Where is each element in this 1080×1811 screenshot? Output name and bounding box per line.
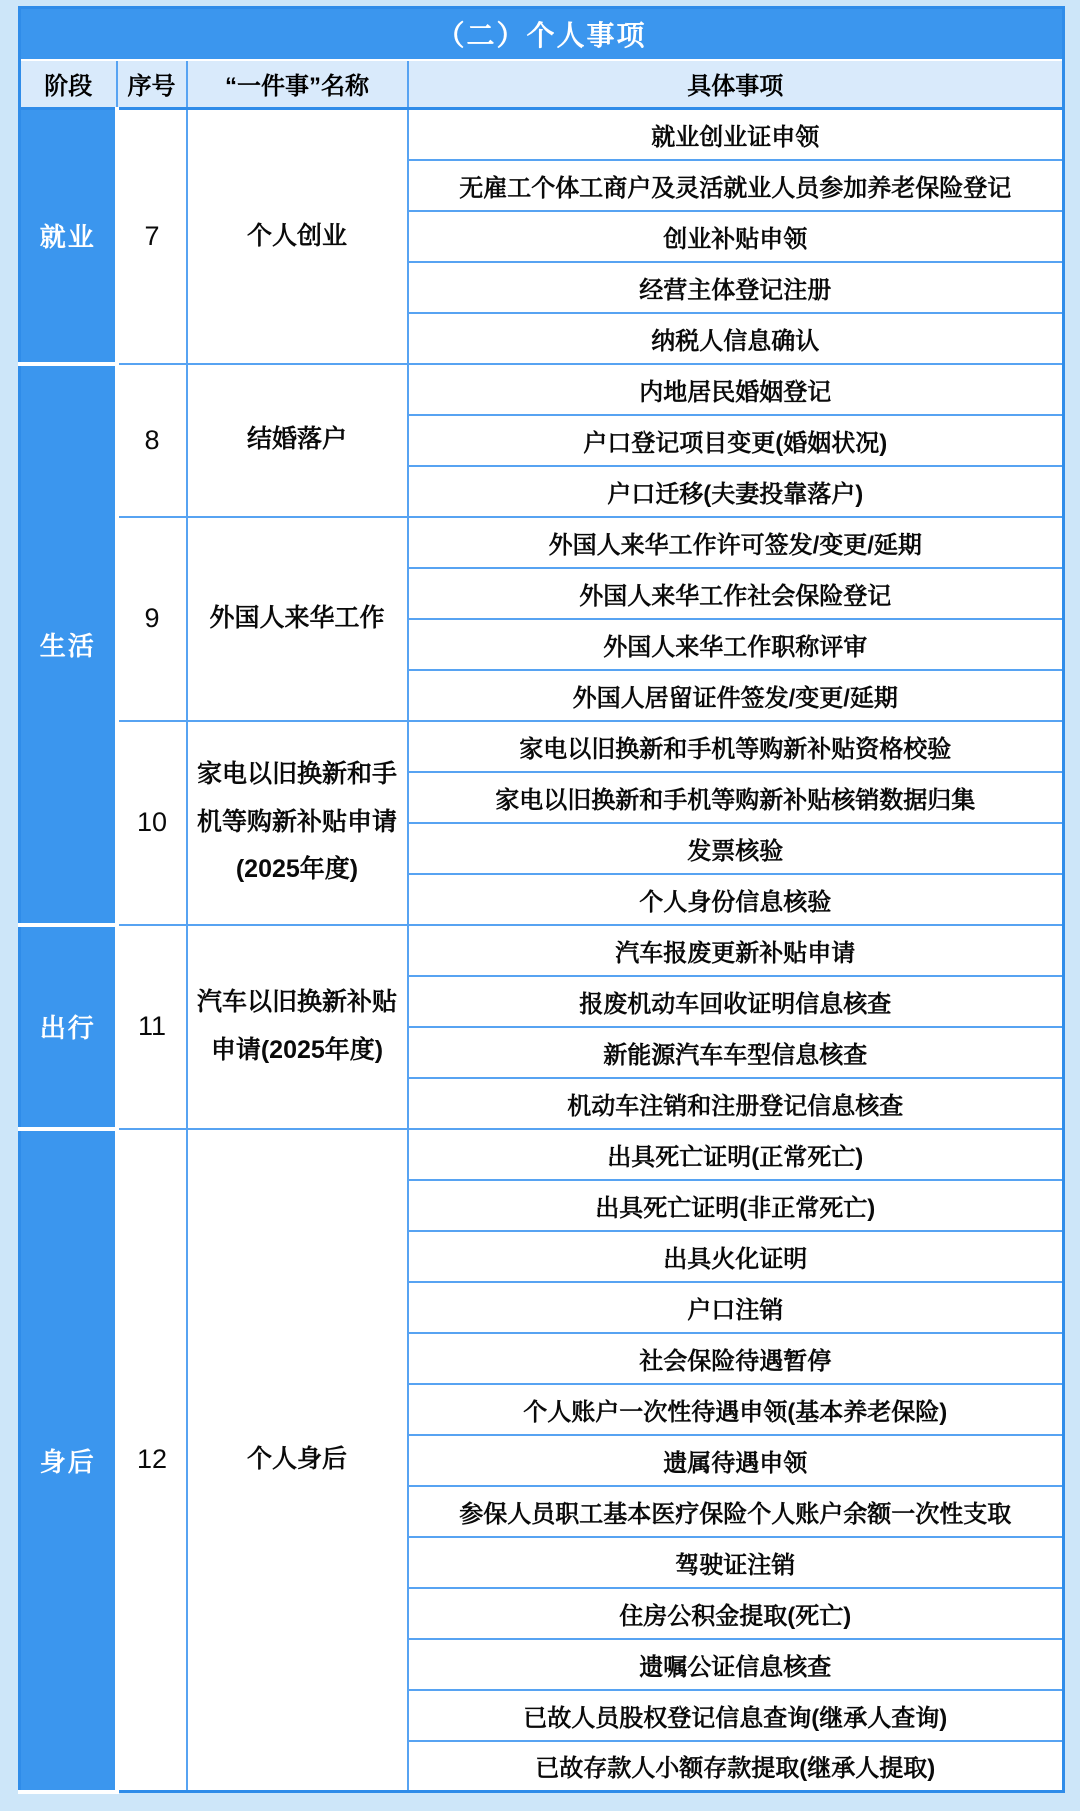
item-cell: 纳税人信息确认 [408, 313, 1064, 364]
name-cell: 结婚落户 [187, 364, 408, 517]
item-cell: 户口迁移(夫妻投靠落户) [408, 466, 1064, 517]
seq-cell: 10 [117, 721, 187, 925]
item-cell: 创业补贴申领 [408, 211, 1064, 262]
table-title: （二）个人事项 [20, 8, 1064, 60]
item-cell: 已故存款人小额存款提取(继承人提取) [408, 1741, 1064, 1792]
stage-cell: 身后 [20, 1129, 117, 1792]
column-header-name: “一件事”名称 [187, 60, 408, 109]
column-header-stage: 阶段 [20, 60, 117, 109]
item-cell: 出具火化证明 [408, 1231, 1064, 1282]
item-cell: 驾驶证注销 [408, 1537, 1064, 1588]
name-cell: 汽车以旧换新补贴申请(2025年度) [187, 925, 408, 1129]
column-header-row: 阶段 序号 “一件事”名称 具体事项 [20, 60, 1064, 109]
seq-cell: 11 [117, 925, 187, 1129]
item-cell: 外国人居留证件签发/变更/延期 [408, 670, 1064, 721]
stage-cell: 就业 [20, 109, 117, 364]
personal-affairs-table: （二）个人事项 阶段 序号 “一件事”名称 具体事项 就业7个人创业就业创业证申… [18, 6, 1065, 1794]
item-cell: 已故人员股权登记信息查询(继承人查询) [408, 1690, 1064, 1741]
name-cell: 个人身后 [187, 1129, 408, 1792]
name-cell: 外国人来华工作 [187, 517, 408, 721]
item-cell: 住房公积金提取(死亡) [408, 1588, 1064, 1639]
table-row: 身后12个人身后出具死亡证明(正常死亡) [20, 1129, 1064, 1180]
stage-cell: 生活 [20, 364, 117, 925]
table-row: 出行11汽车以旧换新补贴申请(2025年度)汽车报废更新补贴申请 [20, 925, 1064, 976]
item-cell: 家电以旧换新和手机等购新补贴资格校验 [408, 721, 1064, 772]
seq-cell: 7 [117, 109, 187, 364]
item-cell: 出具死亡证明(非正常死亡) [408, 1180, 1064, 1231]
seq-cell: 8 [117, 364, 187, 517]
item-cell: 内地居民婚姻登记 [408, 364, 1064, 415]
table-row: 生活8结婚落户内地居民婚姻登记 [20, 364, 1064, 415]
table-row: 就业7个人创业就业创业证申领 [20, 109, 1064, 160]
item-cell: 户口注销 [408, 1282, 1064, 1333]
page: （二）个人事项 阶段 序号 “一件事”名称 具体事项 就业7个人创业就业创业证申… [0, 0, 1080, 1811]
item-cell: 户口登记项目变更(婚姻状况) [408, 415, 1064, 466]
item-cell: 报废机动车回收证明信息核查 [408, 976, 1064, 1027]
name-cell: 个人创业 [187, 109, 408, 364]
item-cell: 发票核验 [408, 823, 1064, 874]
column-header-no: 序号 [117, 60, 187, 109]
item-cell: 个人身份信息核验 [408, 874, 1064, 925]
item-cell: 就业创业证申领 [408, 109, 1064, 160]
item-cell: 社会保险待遇暂停 [408, 1333, 1064, 1384]
item-cell: 经营主体登记注册 [408, 262, 1064, 313]
table-row: 9外国人来华工作外国人来华工作许可签发/变更/延期 [20, 517, 1064, 568]
item-cell: 遗属待遇申领 [408, 1435, 1064, 1486]
seq-cell: 12 [117, 1129, 187, 1792]
item-cell: 机动车注销和注册登记信息核查 [408, 1078, 1064, 1129]
item-cell: 外国人来华工作职称评审 [408, 619, 1064, 670]
seq-cell: 9 [117, 517, 187, 721]
item-cell: 外国人来华工作许可签发/变更/延期 [408, 517, 1064, 568]
title-row: （二）个人事项 [20, 8, 1064, 60]
column-header-items: 具体事项 [408, 60, 1064, 109]
item-cell: 个人账户一次性待遇申领(基本养老保险) [408, 1384, 1064, 1435]
table-row: 10家电以旧换新和手机等购新补贴申请(2025年度)家电以旧换新和手机等购新补贴… [20, 721, 1064, 772]
item-cell: 汽车报废更新补贴申请 [408, 925, 1064, 976]
name-cell: 家电以旧换新和手机等购新补贴申请(2025年度) [187, 721, 408, 925]
item-cell: 参保人员职工基本医疗保险个人账户余额一次性支取 [408, 1486, 1064, 1537]
table-body: 就业7个人创业就业创业证申领无雇工个体工商户及灵活就业人员参加养老保险登记创业补… [20, 109, 1064, 1792]
item-cell: 出具死亡证明(正常死亡) [408, 1129, 1064, 1180]
stage-cell: 出行 [20, 925, 117, 1129]
item-cell: 遗嘱公证信息核查 [408, 1639, 1064, 1690]
item-cell: 外国人来华工作社会保险登记 [408, 568, 1064, 619]
item-cell: 新能源汽车车型信息核查 [408, 1027, 1064, 1078]
item-cell: 无雇工个体工商户及灵活就业人员参加养老保险登记 [408, 160, 1064, 211]
item-cell: 家电以旧换新和手机等购新补贴核销数据归集 [408, 772, 1064, 823]
